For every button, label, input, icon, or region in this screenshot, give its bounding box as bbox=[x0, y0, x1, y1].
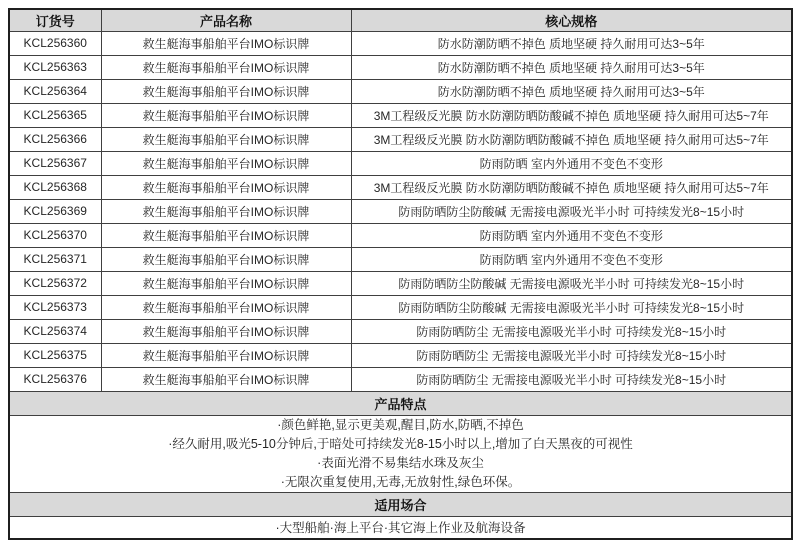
spec-cell: 防水防潮防晒不掉色 质地坚硬 持久耐用可达3~5年 bbox=[351, 55, 792, 79]
spec-cell: 3M工程级反光膜 防水防潮防晒防酸碱不掉色 质地坚硬 持久耐用可达5~7年 bbox=[351, 127, 792, 151]
applications-list: ·大型船舶·海上平台·其它海上作业及航海设备 bbox=[9, 516, 792, 539]
order-no-cell: KCL256368 bbox=[9, 175, 101, 199]
spec-cell: 防雨防晒防尘 无需接电源吸光半小时 可持续发光8~15小时 bbox=[351, 343, 792, 367]
order-no-cell: KCL256374 bbox=[9, 319, 101, 343]
feature-item: ·表面光滑不易集结水珠及灰尘 bbox=[14, 454, 787, 473]
features-list: ·颜色鲜艳,显示更美观,醒目,防水,防晒,不掉色·经久耐用,吸光5-10分钟后,… bbox=[14, 416, 787, 492]
table-row: KCL256363救生艇海事船舶平台IMO标识牌防水防潮防晒不掉色 质地坚硬 持… bbox=[9, 55, 792, 79]
order-no-cell: KCL256364 bbox=[9, 79, 101, 103]
product-name-cell: 救生艇海事船舶平台IMO标识牌 bbox=[101, 271, 351, 295]
product-spec-sheet: 订货号 产品名称 核心规格 KCL256360救生艇海事船舶平台IMO标识牌防水… bbox=[0, 0, 800, 549]
table-header-row: 订货号 产品名称 核心规格 bbox=[9, 9, 792, 31]
spec-cell: 3M工程级反光膜 防水防潮防晒防酸碱不掉色 质地坚硬 持久耐用可达5~7年 bbox=[351, 103, 792, 127]
order-no-cell: KCL256376 bbox=[9, 367, 101, 391]
features-section-header: 产品特点 bbox=[9, 391, 792, 415]
product-name-cell: 救生艇海事船舶平台IMO标识牌 bbox=[101, 175, 351, 199]
product-name-cell: 救生艇海事船舶平台IMO标识牌 bbox=[101, 319, 351, 343]
table-row: KCL256376救生艇海事船舶平台IMO标识牌防雨防晒防尘 无需接电源吸光半小… bbox=[9, 367, 792, 391]
product-name-cell: 救生艇海事船舶平台IMO标识牌 bbox=[101, 367, 351, 391]
table-row: KCL256364救生艇海事船舶平台IMO标识牌防水防潮防晒不掉色 质地坚硬 持… bbox=[9, 79, 792, 103]
header-product-name: 产品名称 bbox=[101, 9, 351, 31]
product-table: 订货号 产品名称 核心规格 KCL256360救生艇海事船舶平台IMO标识牌防水… bbox=[8, 8, 793, 540]
product-name-cell: 救生艇海事船舶平台IMO标识牌 bbox=[101, 79, 351, 103]
order-no-cell: KCL256367 bbox=[9, 151, 101, 175]
table-row: KCL256360救生艇海事船舶平台IMO标识牌防水防潮防晒不掉色 质地坚硬 持… bbox=[9, 31, 792, 55]
product-name-cell: 救生艇海事船舶平台IMO标识牌 bbox=[101, 199, 351, 223]
spec-cell: 防雨防晒 室内外通用不变色不变形 bbox=[351, 151, 792, 175]
order-no-cell: KCL256372 bbox=[9, 271, 101, 295]
order-no-cell: KCL256373 bbox=[9, 295, 101, 319]
spec-cell: 3M工程级反光膜 防水防潮防晒防酸碱不掉色 质地坚硬 持久耐用可达5~7年 bbox=[351, 175, 792, 199]
applications-section-header: 适用场合 bbox=[9, 492, 792, 516]
feature-item: ·经久耐用,吸光5-10分钟后,于暗处可持续发光8-15小时以上,增加了白天黑夜… bbox=[14, 435, 787, 454]
order-no-cell: KCL256360 bbox=[9, 31, 101, 55]
table-row: KCL256366救生艇海事船舶平台IMO标识牌3M工程级反光膜 防水防潮防晒防… bbox=[9, 127, 792, 151]
features-section-title: 产品特点 bbox=[9, 391, 792, 415]
order-no-cell: KCL256370 bbox=[9, 223, 101, 247]
spec-cell: 防雨防晒防尘防酸碱 无需接电源吸光半小时 可持续发光8~15小时 bbox=[351, 295, 792, 319]
spec-cell: 防雨防晒 室内外通用不变色不变形 bbox=[351, 247, 792, 271]
header-core-spec: 核心规格 bbox=[351, 9, 792, 31]
spec-cell: 防雨防晒防尘 无需接电源吸光半小时 可持续发光8~15小时 bbox=[351, 319, 792, 343]
spec-cell: 防水防潮防晒不掉色 质地坚硬 持久耐用可达3~5年 bbox=[351, 79, 792, 103]
table-row: KCL256368救生艇海事船舶平台IMO标识牌3M工程级反光膜 防水防潮防晒防… bbox=[9, 175, 792, 199]
header-order-no: 订货号 bbox=[9, 9, 101, 31]
product-name-cell: 救生艇海事船舶平台IMO标识牌 bbox=[101, 223, 351, 247]
order-no-cell: KCL256375 bbox=[9, 343, 101, 367]
product-name-cell: 救生艇海事船舶平台IMO标识牌 bbox=[101, 31, 351, 55]
order-no-cell: KCL256363 bbox=[9, 55, 101, 79]
order-no-cell: KCL256369 bbox=[9, 199, 101, 223]
order-no-cell: KCL256371 bbox=[9, 247, 101, 271]
table-row: KCL256367救生艇海事船舶平台IMO标识牌防雨防晒 室内外通用不变色不变形 bbox=[9, 151, 792, 175]
table-row: KCL256369救生艇海事船舶平台IMO标识牌防雨防晒防尘防酸碱 无需接电源吸… bbox=[9, 199, 792, 223]
spec-cell: 防水防潮防晒不掉色 质地坚硬 持久耐用可达3~5年 bbox=[351, 31, 792, 55]
feature-item: ·无限次重复使用,无毒,无放射性,绿色环保。 bbox=[14, 473, 787, 492]
product-name-cell: 救生艇海事船舶平台IMO标识牌 bbox=[101, 343, 351, 367]
product-name-cell: 救生艇海事船舶平台IMO标识牌 bbox=[101, 103, 351, 127]
feature-item: ·颜色鲜艳,显示更美观,醒目,防水,防晒,不掉色 bbox=[14, 416, 787, 435]
table-row: KCL256365救生艇海事船舶平台IMO标识牌3M工程级反光膜 防水防潮防晒防… bbox=[9, 103, 792, 127]
spec-cell: 防雨防晒防尘防酸碱 无需接电源吸光半小时 可持续发光8~15小时 bbox=[351, 199, 792, 223]
table-row: KCL256372救生艇海事船舶平台IMO标识牌防雨防晒防尘防酸碱 无需接电源吸… bbox=[9, 271, 792, 295]
product-name-cell: 救生艇海事船舶平台IMO标识牌 bbox=[101, 247, 351, 271]
product-name-cell: 救生艇海事船舶平台IMO标识牌 bbox=[101, 151, 351, 175]
table-row: KCL256374救生艇海事船舶平台IMO标识牌防雨防晒防尘 无需接电源吸光半小… bbox=[9, 319, 792, 343]
order-no-cell: KCL256366 bbox=[9, 127, 101, 151]
table-row: KCL256371救生艇海事船舶平台IMO标识牌防雨防晒 室内外通用不变色不变形 bbox=[9, 247, 792, 271]
product-name-cell: 救生艇海事船舶平台IMO标识牌 bbox=[101, 295, 351, 319]
applications-content-row: ·大型船舶·海上平台·其它海上作业及航海设备 bbox=[9, 516, 792, 539]
features-content-row: ·颜色鲜艳,显示更美观,醒目,防水,防晒,不掉色·经久耐用,吸光5-10分钟后,… bbox=[9, 415, 792, 492]
spec-cell: 防雨防晒防尘防酸碱 无需接电源吸光半小时 可持续发光8~15小时 bbox=[351, 271, 792, 295]
spec-cell: 防雨防晒 室内外通用不变色不变形 bbox=[351, 223, 792, 247]
product-name-cell: 救生艇海事船舶平台IMO标识牌 bbox=[101, 127, 351, 151]
spec-cell: 防雨防晒防尘 无需接电源吸光半小时 可持续发光8~15小时 bbox=[351, 367, 792, 391]
applications-section-title: 适用场合 bbox=[9, 492, 792, 516]
order-no-cell: KCL256365 bbox=[9, 103, 101, 127]
table-row: KCL256370救生艇海事船舶平台IMO标识牌防雨防晒 室内外通用不变色不变形 bbox=[9, 223, 792, 247]
product-rows: KCL256360救生艇海事船舶平台IMO标识牌防水防潮防晒不掉色 质地坚硬 持… bbox=[9, 31, 792, 391]
table-row: KCL256375救生艇海事船舶平台IMO标识牌防雨防晒防尘 无需接电源吸光半小… bbox=[9, 343, 792, 367]
table-row: KCL256373救生艇海事船舶平台IMO标识牌防雨防晒防尘防酸碱 无需接电源吸… bbox=[9, 295, 792, 319]
product-name-cell: 救生艇海事船舶平台IMO标识牌 bbox=[101, 55, 351, 79]
